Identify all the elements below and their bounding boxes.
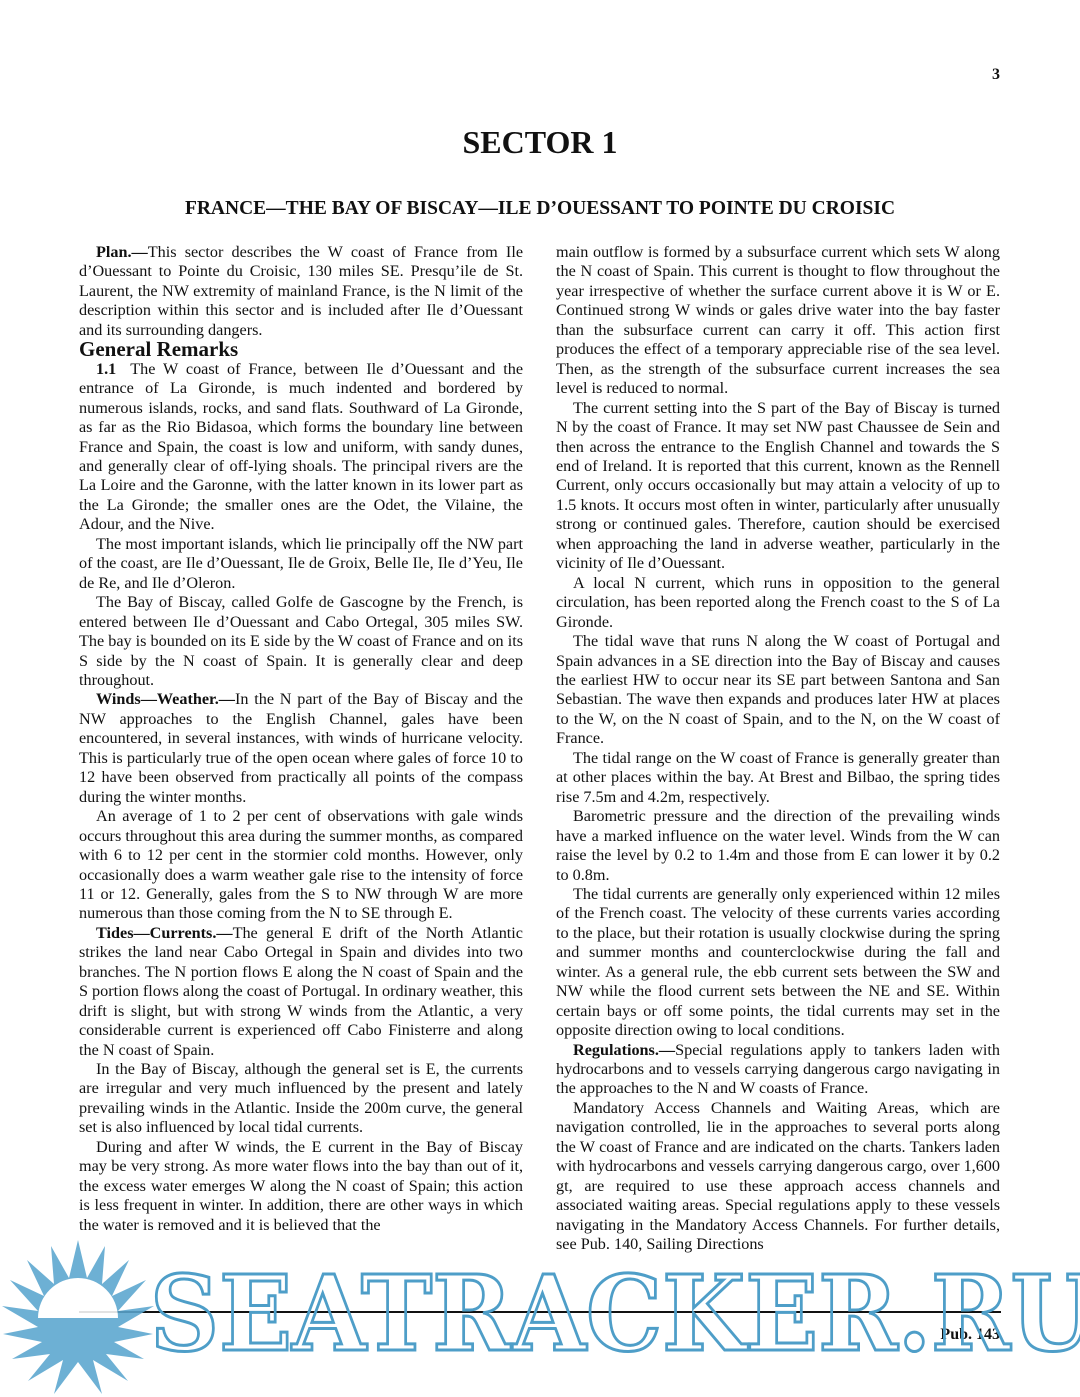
regulations-paragraph: Regulations.—Special regulations apply t… xyxy=(556,1041,1000,1099)
during-paragraph: During and after W winds, the E current … xyxy=(79,1138,523,1235)
page-number: 3 xyxy=(960,66,1000,84)
sector-subtitle: FRANCE—THE BAY OF BISCAY—ILE D’OUESSANT … xyxy=(0,198,1080,220)
tides-paragraph: Tides—Currents.—The general E drift of t… xyxy=(79,924,523,1060)
paragraph-number: 1.1 xyxy=(96,360,116,378)
in-bay-paragraph: In the Bay of Biscay, although the gener… xyxy=(79,1060,523,1138)
tidal-range-paragraph: The tidal range on the W coast of France… xyxy=(556,749,1000,807)
plan-paragraph: Plan.—This sector describes the W coast … xyxy=(79,243,523,340)
barometric-paragraph: Barometric pressure and the direction of… xyxy=(556,807,1000,885)
winds-paragraph: Winds—Weather.—In the N part of the Bay … xyxy=(79,690,523,807)
tidal-currents-paragraph: The tidal currents are generally only ex… xyxy=(556,885,1000,1041)
islands-paragraph: The most important islands, which lie pr… xyxy=(79,535,523,593)
section-heading-general-remarks: General Remarks xyxy=(79,340,523,359)
plan-label: Plan.— xyxy=(96,243,148,261)
sector-title: SECTOR 1 xyxy=(0,124,1080,161)
publication-label: Pub. 143 xyxy=(880,1326,1000,1344)
left-column: Plan.—This sector describes the W coast … xyxy=(79,243,523,1235)
watermark-text: SEATRACKER.RU xyxy=(150,1262,1080,1366)
local-current-paragraph: A local N current, which runs in opposit… xyxy=(556,574,1000,632)
tides-label: Tides—Currents.— xyxy=(96,924,233,942)
bay-paragraph: The Bay of Biscay, called Golfe de Gasco… xyxy=(79,593,523,690)
winds-label: Winds—Weather.— xyxy=(96,690,235,708)
average-paragraph: An average of 1 to 2 per cent of observa… xyxy=(79,807,523,924)
footer-rule xyxy=(79,1311,1001,1313)
paragraph-1-1: 1.1The W coast of France, between Ile d’… xyxy=(79,360,523,535)
setting-paragraph: The current setting into the S part of t… xyxy=(556,399,1000,574)
right-column: main outflow is formed by a subsurface c… xyxy=(556,243,1000,1255)
sun-icon xyxy=(0,1240,1080,1397)
outflow-paragraph: main outflow is formed by a subsurface c… xyxy=(556,243,1000,399)
regulations-label: Regulations.— xyxy=(573,1041,675,1059)
mandatory-paragraph: Mandatory Access Channels and Waiting Ar… xyxy=(556,1099,1000,1255)
tidal-wave-paragraph: The tidal wave that runs N along the W c… xyxy=(556,632,1000,749)
